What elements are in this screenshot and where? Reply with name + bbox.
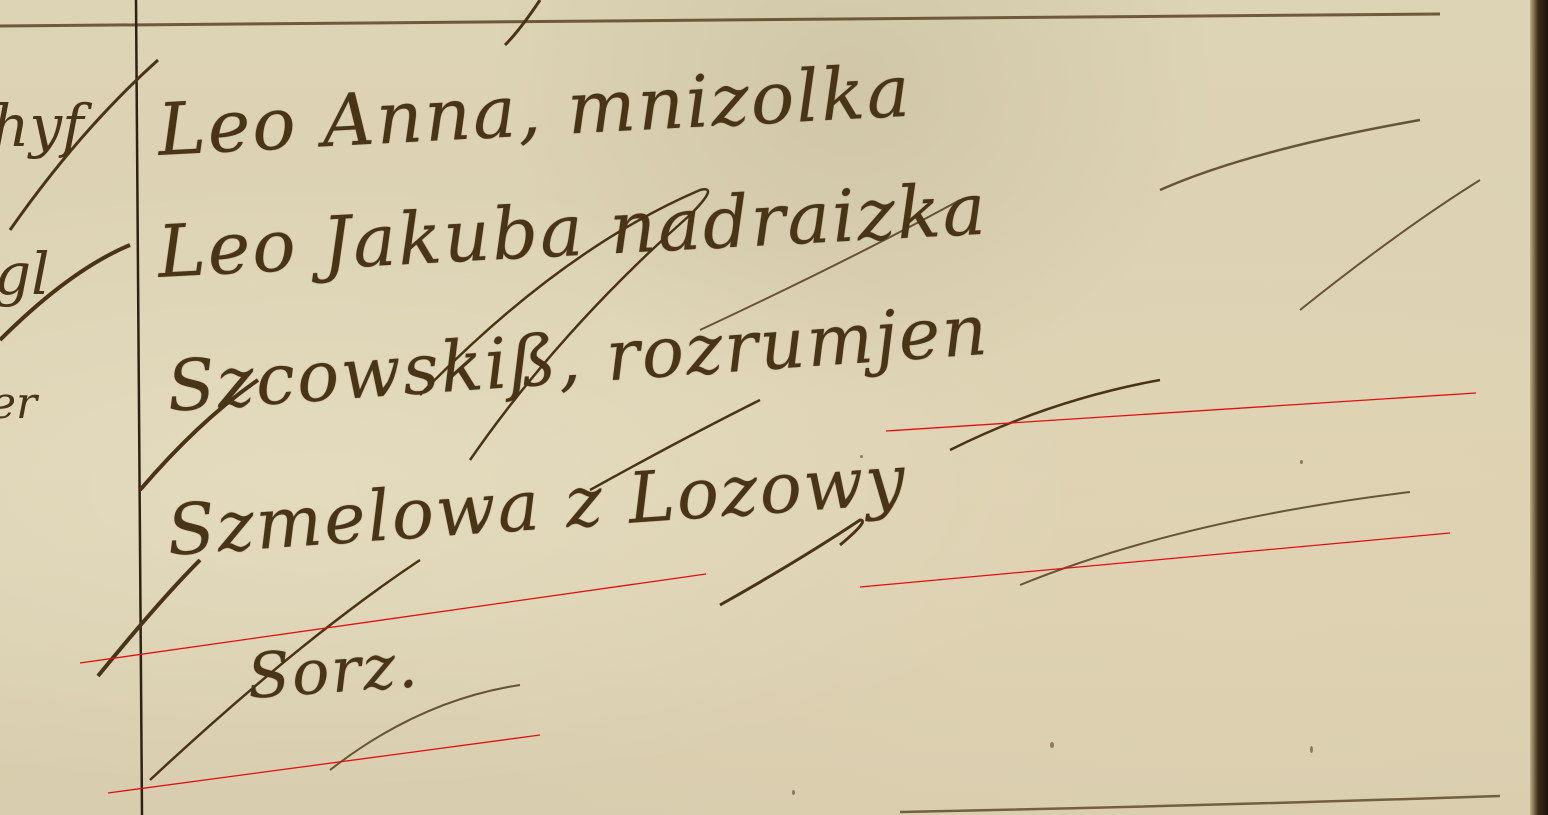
document-page: hyf gl er Leo Anna, mnizolka Leo Jakuba …	[0, 0, 1548, 815]
annotation-underline-3	[80, 574, 706, 663]
annotation-underline-2	[860, 533, 1450, 587]
page-edge-shadow	[1530, 0, 1548, 815]
annotation-layer	[0, 0, 1548, 815]
annotation-underline-4	[108, 735, 540, 793]
annotation-underline-1	[886, 393, 1476, 431]
